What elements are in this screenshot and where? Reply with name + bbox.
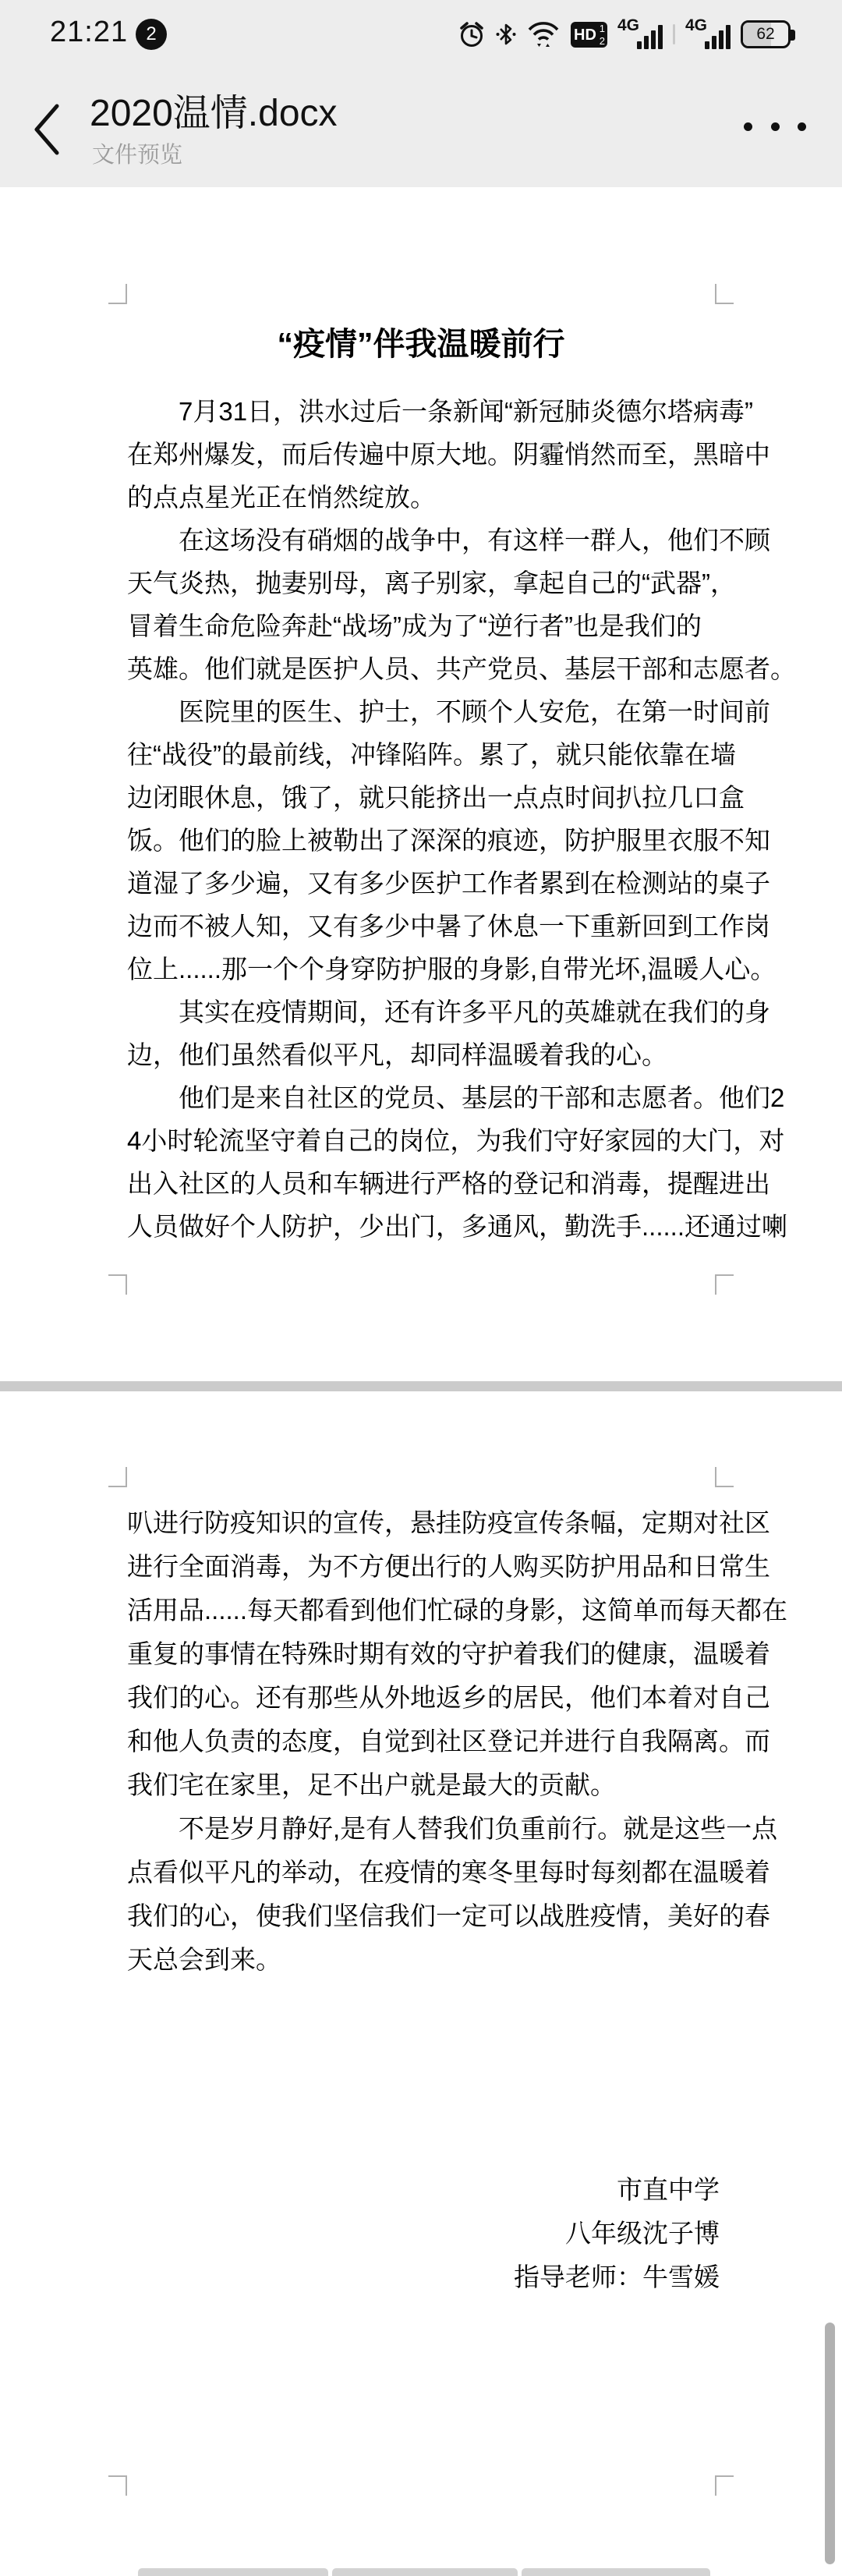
signature-block: 市直中学八年级沈子博指导老师：牛雪媛 — [127, 2168, 720, 2299]
document-line: 7月31日，洪水过后一条新闻“新冠肺炎德尔塔病毒” — [127, 390, 727, 433]
corner-mark-icon — [715, 1467, 734, 1487]
page-separator — [0, 1381, 842, 1391]
clock-time: 21:21 — [50, 16, 128, 49]
document-line: 边闭眼休息，饿了，就只能挤出一点点时间扒拉几口盒 — [127, 776, 727, 819]
preview-header: 2020温情.docx 文件预览 — [0, 69, 842, 187]
notification-count-badge: 2 — [136, 19, 167, 50]
document-line: 在这场没有硝烟的战争中，有这样一群人，他们不顾 — [127, 519, 727, 562]
corner-mark-icon — [108, 284, 127, 304]
document-line: 边而不被人知，又有多少中暑了休息一下重新回到工作岗 — [127, 905, 727, 948]
document-line: 位上......那一个个身穿防护服的身影,自带光坏,温暖人心。 — [127, 948, 727, 990]
document-line: 点看似平凡的举动，在疫情的寒冬里每时每刻都在温暖着 — [127, 1851, 727, 1894]
document-line: 进行全面消毒，为不方便出行的人购买防护用品和日常生 — [127, 1545, 727, 1589]
corner-mark-icon — [715, 284, 734, 304]
document-line: 市直中学 — [127, 2168, 720, 2212]
signal-bars-icon — [637, 25, 663, 49]
signal-divider — [673, 24, 675, 44]
hd-volte-badge: HD 1 2 — [571, 22, 607, 48]
back-button[interactable] — [23, 92, 70, 170]
document-line: 道湿了多少遍，又有多少医护工作者累到在检测站的桌子 — [127, 862, 727, 905]
page1-text: 7月31日，洪水过后一条新闻“新冠肺炎德尔塔病毒”在郑州爆发，而后传遍中原大地。… — [127, 390, 727, 1248]
battery-icon: 62 — [741, 20, 791, 48]
document-line: 出入社区的人员和车辆进行严格的登记和消毒，提醒进出 — [127, 1162, 727, 1205]
document-line: 八年级沈子博 — [127, 2212, 720, 2255]
document-line: 人员做好个人防护，少出门，多通风，勤洗手......还通过喇 — [127, 1205, 727, 1248]
document-line: 往“战役”的最前线，冲锋陷阵。累了，就只能依靠在墙 — [127, 733, 727, 776]
document-line: 重复的事情在特殊时期有效的守护着我们的健康，温暖着 — [127, 1632, 727, 1676]
toolbar-button-partial[interactable] — [138, 2568, 328, 2576]
dot-icon — [744, 122, 752, 131]
document-line: 叭进行防疫知识的宣传，悬挂防疫宣传条幅，定期对社区 — [127, 1501, 727, 1545]
document-line: 其实在疫情期间，还有许多平凡的英雄就在我们的身 — [127, 990, 727, 1033]
dot-icon — [771, 122, 780, 131]
signal-4g-icon-sim1: 4G — [617, 18, 663, 51]
page2-text: 叭进行防疫知识的宣传，悬挂防疫宣传条幅，定期对社区进行全面消毒，为不方便出行的人… — [127, 1501, 727, 1982]
signal-4g-icon-sim2: 4G — [685, 18, 731, 51]
document-line: 饭。他们的脸上被勒出了深深的痕迹，防护服里衣服不知 — [127, 819, 727, 862]
document-line: 我们宅在家里，足不出户就是最大的贡献。 — [127, 1763, 727, 1807]
document-line: 和他人负责的态度，自觉到社区登记并进行自我隔离。而 — [127, 1720, 727, 1763]
scrollbar-thumb[interactable] — [825, 2323, 835, 2564]
document-line: 英雄。他们就是医护人员、共产党员、基层干部和志愿者。 — [127, 647, 727, 690]
dot-icon — [798, 122, 806, 131]
document-line: 他们是来自社区的党员、基层的干部和志愿者。他们2 — [127, 1076, 727, 1119]
more-options-button[interactable] — [744, 109, 806, 144]
document-line: 4小时轮流坚守着自己的岗位，为我们守好家园的大门，对 — [127, 1119, 727, 1162]
alarm-icon — [458, 20, 486, 48]
status-icons: HD 1 2 4G 4G 62 — [458, 0, 791, 69]
document-title: “疫情”伴我温暖前行 — [0, 318, 842, 364]
document-line: 的点点星光正在悄然绽放。 — [127, 476, 727, 519]
document-line: 天气炎热，抛妻别母，离子别家，拿起自己的“武器”， — [127, 562, 727, 604]
document-line: 我们的心，使我们坚信我们一定可以战胜疫情，美好的春 — [127, 1894, 727, 1938]
wifi-icon — [526, 20, 561, 48]
document-line: 指导老师：牛雪媛 — [127, 2255, 720, 2299]
status-bar: 21:21 2 HD — [0, 0, 842, 69]
document-line: 冒着生命危险奔赴“战场”成为了“逆行者”也是我们的 — [127, 604, 727, 647]
document-line: 医院里的医生、护士，不顾个人安危，在第一时间前 — [127, 690, 727, 733]
document-page-2: 叭进行防疫知识的宣传，悬挂防疫宣传条幅，定期对社区进行全面消毒，为不方便出行的人… — [0, 1391, 842, 2576]
document-line: 天总会到来。 — [127, 1938, 727, 1982]
chevron-left-icon — [30, 102, 63, 161]
bluetooth-icon — [496, 20, 516, 48]
corner-mark-icon — [108, 1274, 127, 1295]
document-line: 活用品......每天都看到他们忙碌的身影，这简单而每天都在 — [127, 1589, 727, 1632]
toolbar-button-partial[interactable] — [332, 2568, 518, 2576]
signal-bars-icon — [705, 25, 731, 49]
battery-percent: 62 — [743, 23, 788, 46]
document-page-1: “疫情”伴我温暖前行 7月31日，洪水过后一条新闻“新冠肺炎德尔塔病毒”在郑州爆… — [0, 187, 842, 1381]
toolbar-button-partial[interactable] — [522, 2568, 710, 2576]
document-line: 边，他们虽然看似平凡，却同样温暖着我的心。 — [127, 1033, 727, 1076]
file-title: 2020温情.docx — [90, 83, 713, 136]
preview-subtitle: 文件预览 — [92, 137, 182, 169]
corner-mark-icon — [715, 2475, 734, 2496]
document-line: 我们的心。还有那些从外地返乡的居民，他们本着对自己 — [127, 1676, 727, 1720]
document-line: 在郑州爆发，而后传遍中原大地。阴霾悄然而至，黑暗中 — [127, 433, 727, 476]
corner-mark-icon — [108, 1467, 127, 1487]
corner-mark-icon — [715, 1274, 734, 1295]
document-line: 不是岁月静好,是有人替我们负重前行。就是这些一点 — [127, 1807, 727, 1851]
corner-mark-icon — [108, 2475, 127, 2496]
